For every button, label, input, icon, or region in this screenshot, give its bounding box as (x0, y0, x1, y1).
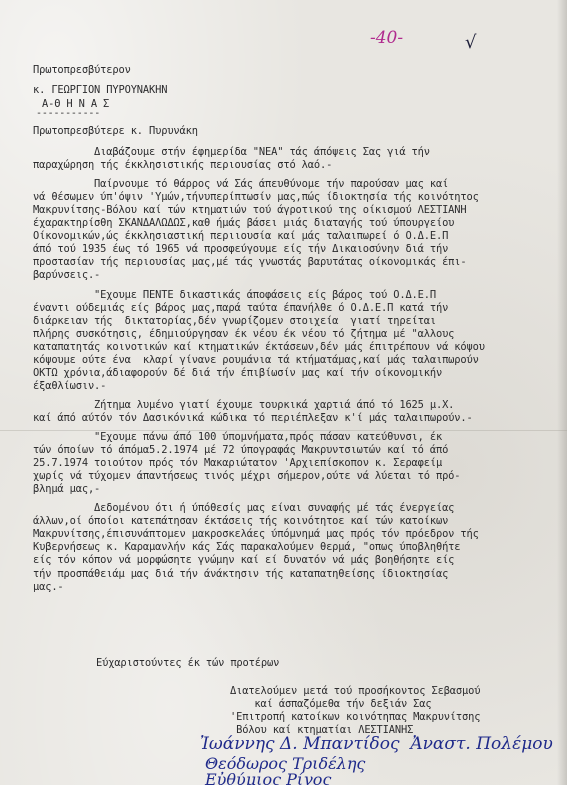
body-line: νά θέσωμεν ύπ'όψιν 'Υμών,τήνυπερίπτωσίν … (33, 191, 479, 204)
body-line: χωρίς νά τύχομεν άπαντήσεως τινός μέχρι … (33, 470, 460, 483)
scanned-letter-page: -40- √ Πρωτοπρεσβύτερον κ. ΓΕΩΡΓΙΟΝ ΠΥΡΟ… (0, 0, 567, 785)
body-line: Μακρυνίτσης,έπισυνάπτομεν μακροσκελάες ύ… (33, 528, 479, 541)
body-line: Δεδομένου ότι ή ύπόθεσίς μας είναι συναφ… (33, 502, 454, 515)
closing-line-3: 'Επιτροπή κατοίκων κοινότηπας Μακρυνίτση… (230, 711, 480, 724)
body-line: βαρύνσεις.- (33, 269, 100, 282)
body-line: "Εχουμε ΠΕΝΤΕ δικαστικάς άποφάσεις είς β… (33, 289, 436, 302)
page-number-annotation: -40- (370, 28, 403, 48)
body-line: τών όποίων τό άπόμα5.2.1974 μέ 72 ύπογρα… (33, 444, 448, 457)
body-line: Ζήτημα λυμένο γιατί έχουμε τουρκικά χαρτ… (33, 399, 454, 412)
recipient-name: κ. ΓΕΩΡΓΙΟΝ ΠΥΡΟΥΝΑΚΗΝ (33, 84, 167, 97)
body-line: Οίκονομικών,ώς έκκλησιαστική περιιουσία … (33, 230, 448, 243)
closing-line-2: καί άσπαζόμεθα τήν δεξιάν Σας (230, 698, 432, 711)
body-line: καί άπό αύτόν τόν Δασικόνικά κώδικα τό π… (33, 412, 473, 425)
closing-thanks: Εύχαριστούντες έκ τών προτέρων (96, 657, 279, 670)
body-line: πλήρης συσκότησις, έδημιούργησαν έκ νέου… (33, 328, 454, 341)
body-line: άλλων,οί όποίοι κατεπάτησαν έκτάσεις τής… (33, 515, 448, 528)
body-line: έξαθλίωσιν.- (33, 380, 106, 393)
body-line: βλημά μας,- (33, 483, 100, 496)
body-line: Κυβερνήσεως κ. Καραμανλήν κάς Σάς παρακα… (33, 541, 460, 554)
recipient-title: Πρωτοπρεσβύτερον (33, 64, 131, 77)
body-line: τήν προσπάθειάμ μας διά τήν άνάκτησιν τή… (33, 568, 448, 581)
body-line: Μακρυνίτσης-Βόλου καί τών κτηματιών τού … (33, 204, 467, 217)
body-line: Διαβάζουμε στήν έφημερίδα "ΝΕΑ" τάς άπόψ… (33, 146, 430, 159)
body-line: Παίρνουμε τό θάρρος νά Σάς άπευθύνομε τή… (33, 178, 448, 191)
body-line: έναντι ούδεμιάς είς βάρος μας,παρά ταύτα… (33, 302, 448, 315)
body-line: κόψουμε ούτε ένα κλαρί γίνανε ρουμάνια τ… (33, 354, 479, 367)
city-underline: ----------- (36, 110, 100, 118)
checkmark-icon: √ (465, 32, 476, 53)
body-line: προστασίαν τής περιουσίας μας,μέ τάς γνω… (33, 256, 467, 269)
body-line: μας.- (33, 581, 64, 594)
body-line: διάρκειαν τής δικτατορίας,δέν γνωρίζομεν… (33, 315, 436, 328)
body-line: 25.7.1974 τοιούτον πρός τόν Μακαριώτατον… (33, 457, 442, 470)
body-line: καταπατητάς κοινοτικών καί κτηματικών έκ… (33, 341, 485, 354)
signature-1: Ἰωάννης Δ. Μπαντίδος Ἀναστ. Πολέμου (200, 734, 553, 754)
signature-3: Εὐθύμιος Ρίγος (205, 770, 331, 785)
body-line: άπό τού 1935 έως τό 1965 νά προσφεύγουμε… (33, 243, 448, 256)
closing-line-1: Διατελούμεν μετά τού προσήκοντος Σεβασμο… (230, 685, 480, 698)
body-line: παραχώρηση τής έκκλησιστικής περιουσίας … (33, 159, 332, 172)
page-edge-shadow (557, 0, 567, 785)
body-line: "Εχουμε πάνω άπό 100 ύπομνήματα,πρός πάσ… (33, 431, 442, 444)
salutation: Πρωτοπρεσβύτερε κ. Πυρυνάκη (33, 125, 198, 138)
body-line: ΟΚΤΩ χρόνια,άδιαφορούν δέ διά τήν έπιβίω… (33, 367, 442, 380)
body-line: είς τόν κόπον νά μορφώσητε γνώμην καί εί… (33, 554, 454, 567)
body-line: έχαρακτηρίσθη ΣΚΑΝΔΑΛΩΔΩΣ,καθ ήμάς βάσει… (33, 217, 454, 230)
